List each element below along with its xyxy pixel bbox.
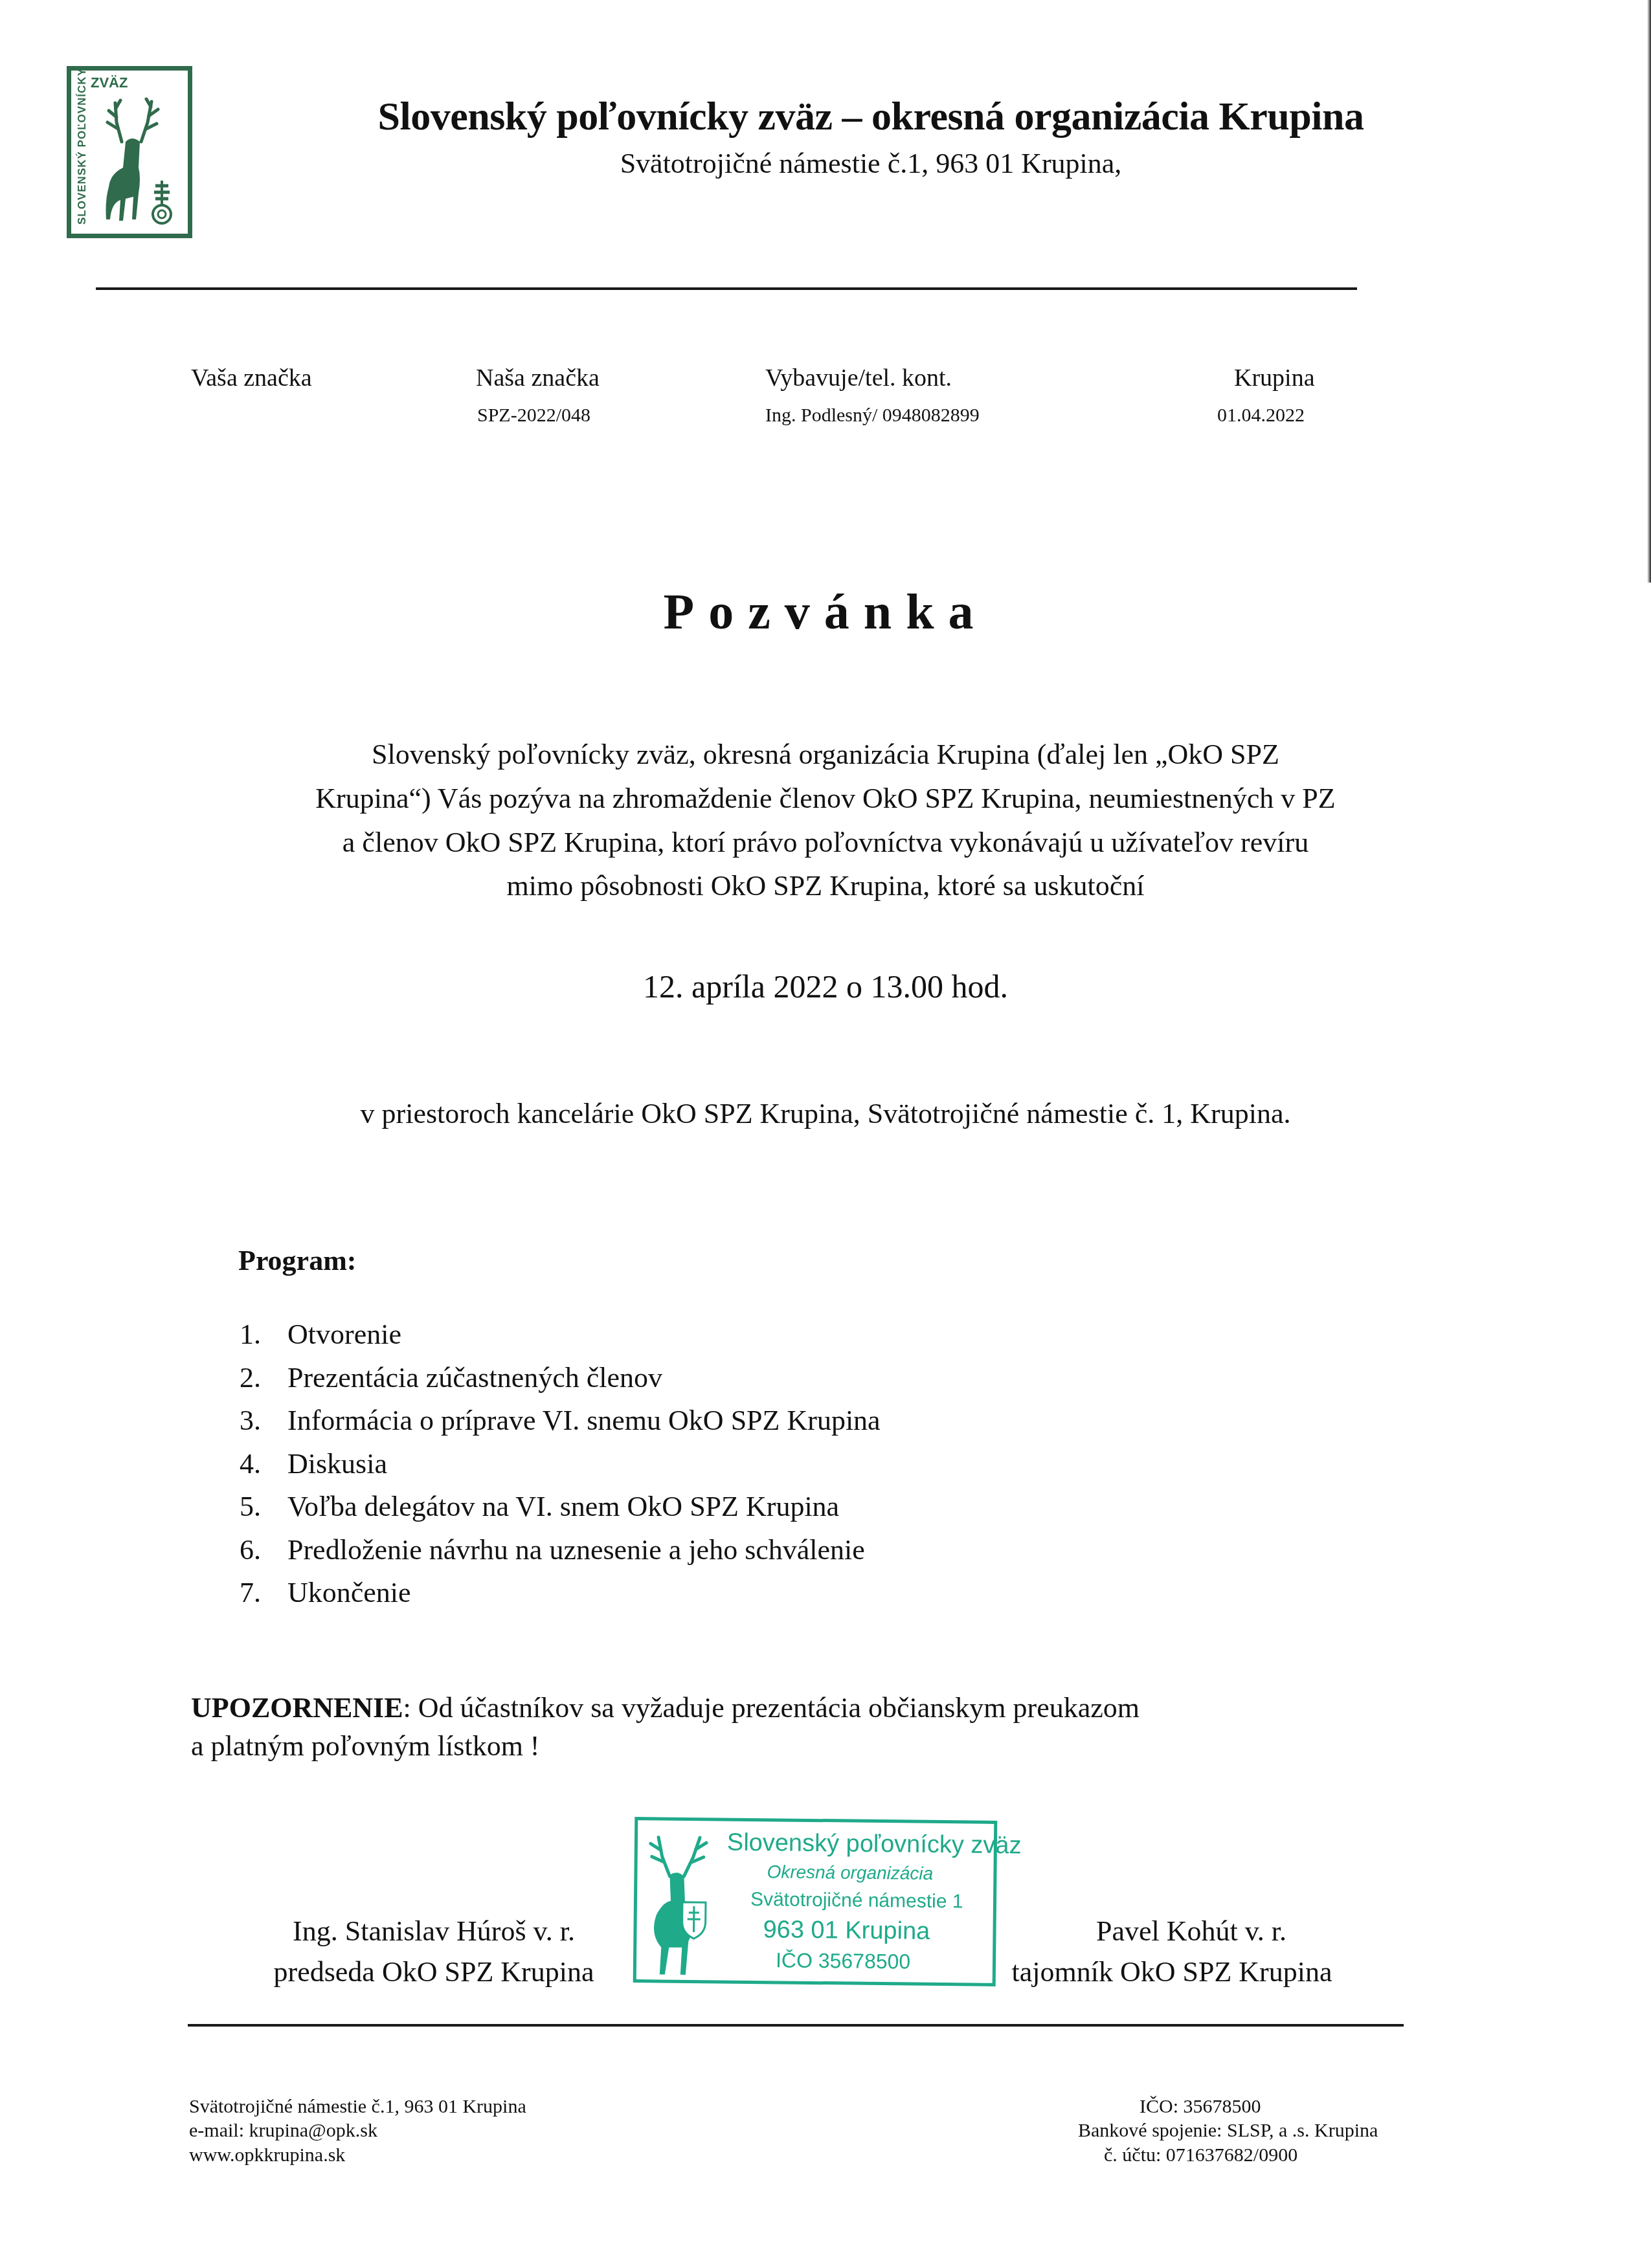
program-item-number: 2. <box>240 1361 287 1394</box>
signatory-1-role: predseda OkO SPZ Krupina <box>220 1955 647 1988</box>
program-item-text: Prezentácia zúčastnených členov <box>287 1362 662 1394</box>
signatory-1-name: Ing. Stanislav Húroš v. r. <box>240 1915 628 1948</box>
scan-page-edge <box>1647 0 1651 583</box>
program-item-text: Ukončenie <box>287 1577 411 1608</box>
header-divider <box>96 287 1357 290</box>
notice-label: UPOZORNENIE <box>191 1692 403 1724</box>
program-item-number: 3. <box>240 1404 287 1437</box>
ref-our-label: Naša značka <box>476 364 600 392</box>
ref-contact-value: Ing. Podlesný/ 0948082899 <box>765 405 980 427</box>
document-title: Pozvánka <box>0 583 1651 641</box>
notice-text: : Od účastníkov sa vyžaduje prezentácia … <box>403 1692 1140 1724</box>
program-item: 5.Voľba delegátov na VI. snem OkO SPZ Kr… <box>240 1490 839 1523</box>
organization-address: Svätotrojičné námestie č.1, 963 01 Krupi… <box>94 147 1648 180</box>
footer-address: Svätotrojičné námestie č.1, 963 01 Krupi… <box>189 2096 526 2118</box>
program-item-number: 5. <box>240 1490 287 1523</box>
program-item-text: Predloženie návrhu na uznesenie a jeho s… <box>287 1534 865 1566</box>
body-line: mimo pôsobnosti OkO SPZ Krupina, ktoré s… <box>0 869 1651 902</box>
program-item: 3.Informácia o príprave VI. snemu OkO SP… <box>240 1404 881 1437</box>
program-item-number: 6. <box>240 1533 287 1566</box>
body-line: Krupina“) Vás pozýva na zhromaždenie čle… <box>0 782 1651 815</box>
organization-name: Slovenský poľovnícky zväz – okresná orga… <box>94 94 1648 140</box>
ref-place-label: Krupina <box>1234 364 1315 392</box>
program-item: 7.Ukončenie <box>240 1576 411 1609</box>
footer-divider <box>188 2024 1404 2027</box>
program-item: 4.Diskusia <box>240 1447 387 1480</box>
footer-bank: Bankové spojenie: SLSP, a .s. Krupina <box>1078 2120 1378 2142</box>
program-item-text: Informácia o príprave VI. snemu OkO SPZ … <box>287 1405 881 1436</box>
body-line: Slovenský poľovnícky zväz, okresná organ… <box>0 738 1651 771</box>
footer-account: č. účtu: 071637682/0900 <box>1104 2144 1297 2166</box>
event-location: v priestoroch kancelárie OkO SPZ Krupina… <box>0 1097 1651 1130</box>
program-item-text: Otvorenie <box>287 1318 401 1350</box>
program-item-number: 1. <box>240 1318 287 1351</box>
ref-date-value: 01.04.2022 <box>1217 405 1305 427</box>
logo-top-text: ZVÄZ <box>91 74 128 91</box>
event-date-time: 12. apríla 2022 o 13.00 hod. <box>0 968 1651 1005</box>
logo-vertical-text: SLOVENSKÝ POĽOVNÍCKY <box>76 71 88 225</box>
notice-line-2: a platným poľovným lístkom ! <box>191 1729 540 1762</box>
stamp-line: IČO 35678500 <box>776 1948 911 1973</box>
program-item: 2.Prezentácia zúčastnených členov <box>240 1361 662 1394</box>
stamp-line: Okresná organizácia <box>767 1862 933 1884</box>
program-item-text: Voľba delegátov na VI. snem OkO SPZ Krup… <box>287 1491 839 1522</box>
footer-website[interactable]: www.opkkrupina.sk <box>189 2144 345 2166</box>
signatory-2-name: Pavel Kohút v. r. <box>1010 1915 1373 1948</box>
footer-email[interactable]: e-mail: krupina@opk.sk <box>189 2120 377 2142</box>
program-item: 6.Predloženie návrhu na uznesenie a jeho… <box>240 1533 865 1566</box>
program-heading: Program: <box>238 1244 356 1277</box>
footer-ico: IČO: 35678500 <box>1140 2096 1261 2118</box>
notice-line-1: UPOZORNENIE: Od účastníkov sa vyžaduje p… <box>191 1691 1140 1724</box>
ref-contact-label: Vybavuje/tel. kont. <box>765 364 952 392</box>
stamp-line: Slovenský poľovnícky zväz <box>727 1829 1022 1860</box>
stamp-deer-icon <box>643 1824 723 1980</box>
program-item-text: Diskusia <box>287 1448 387 1480</box>
body-line: a členov OkO SPZ Krupina, ktorí právo po… <box>0 826 1651 859</box>
stamp-line: Svätotrojičné námestie 1 <box>750 1889 963 1913</box>
program-item: 1.Otvorenie <box>240 1318 401 1351</box>
program-item-number: 7. <box>240 1576 287 1609</box>
organization-stamp: Slovenský poľovnícky zväz Okresná organi… <box>633 1817 998 1986</box>
stamp-line: 963 01 Krupina <box>763 1916 930 1946</box>
ref-our-value: SPZ-2022/048 <box>477 405 590 427</box>
program-item-number: 4. <box>240 1447 287 1480</box>
ref-your-label: Vaša značka <box>191 364 312 392</box>
signatory-2-role: tajomník OkO SPZ Krupina <box>984 1955 1360 1988</box>
